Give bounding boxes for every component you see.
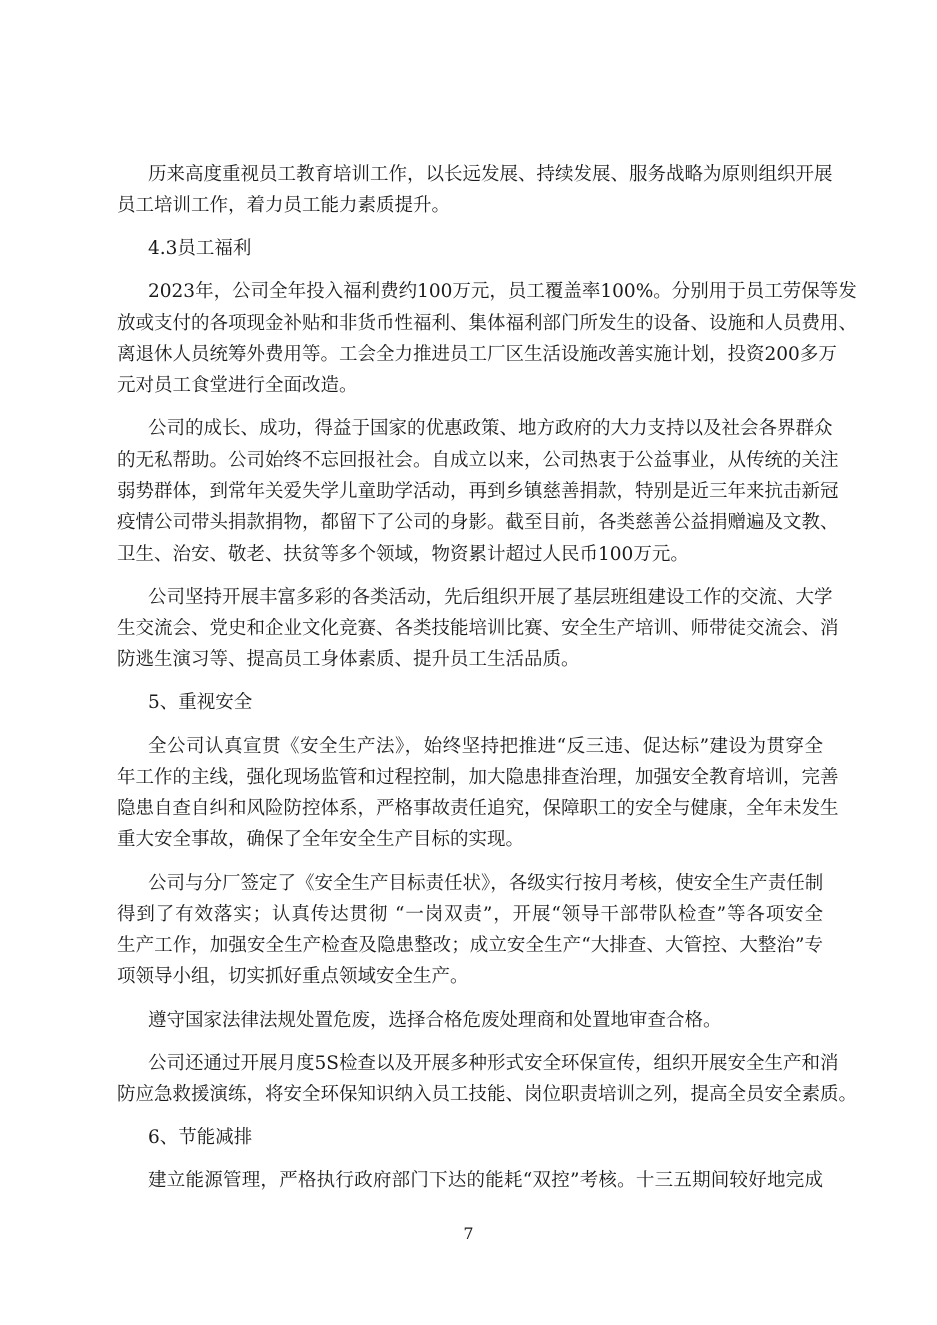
text-line: 公司坚持开展丰富多彩的各类活动，先后组织开展了基层班组建设工作的交流、大学 xyxy=(148,582,823,613)
text-line: 重大安全事故，确保了全年安全生产目标的实现。 xyxy=(117,824,823,855)
text-line: 离退休人员统筹外费用等。工会全力推进员工厂区生活设施改善实施计划，投资200多万 xyxy=(117,339,823,370)
text-line: 元对员工食堂进行全面改造。 xyxy=(117,370,823,401)
text-line: 公司的成长、成功，得益于国家的优惠政策、地方政府的大力支持以及社会各界群众 xyxy=(148,413,823,444)
text-line: 全公司认真宣贯《安全生产法》，始终坚持把推进“反三违、促达标”建设为贯穿全 xyxy=(148,731,823,762)
text-line: 历来高度重视员工教育培训工作，以长远发展、持续发展、服务战略为原则组织开展 xyxy=(148,159,823,190)
heading-text: 6、节能减排 xyxy=(148,1122,823,1153)
page-number: 7 xyxy=(0,1222,937,1246)
paragraph-charity: 公司的成长、成功，得益于国家的优惠政策、地方政府的大力支持以及社会各界群众 的无… xyxy=(117,413,823,569)
text-line: 年工作的主线，强化现场监管和过程控制，加大隐患排查治理，加强安全教育培训，完善 xyxy=(117,762,823,793)
text-line: 公司与分厂签定了《安全生产目标责任状》，各级实行按月考核，使安全生产责任制 xyxy=(148,868,823,899)
heading-text: 5、重视安全 xyxy=(148,687,823,718)
section-heading-safety: 5、重视安全 xyxy=(117,687,823,718)
text-line: 生交流会、党史和企业文化竞赛、各类技能培训比赛、安全生产培训、师带徒交流会、消 xyxy=(117,613,823,644)
text-line: 项领导小组，切实抓好重点领域安全生产。 xyxy=(117,961,823,992)
paragraph-safety-law: 全公司认真宣贯《安全生产法》，始终坚持把推进“反三违、促达标”建设为贯穿全 年工… xyxy=(117,731,823,856)
paragraph-energy-management: 建立能源管理，严格执行政府部门下达的能耗“双控”考核。十三五期间较好地完成 xyxy=(117,1165,823,1196)
text-line: 的无私帮助。公司始终不忘回报社会。自成立以来，公司热衷于公益事业，从传统的关注 xyxy=(117,445,823,476)
section-heading-energy-saving: 6、节能减排 xyxy=(117,1122,823,1153)
paragraph-5s-inspection: 公司还通过开展月度5S检查以及开展多种形式安全环保宣传，组织开展安全生产和消 防… xyxy=(117,1048,823,1111)
text-line: 防逃生演习等、提高员工身体素质、提升员工生活品质。 xyxy=(117,644,823,675)
text-line: 防应急救援演练，将安全环保知识纳入员工技能、岗位职责培训之列，提高全员安全素质。 xyxy=(117,1079,823,1110)
paragraph-activities: 公司坚持开展丰富多彩的各类活动，先后组织开展了基层班组建设工作的交流、大学 生交… xyxy=(117,582,823,676)
paragraph-training: 历来高度重视员工教育培训工作，以长远发展、持续发展、服务战略为原则组织开展 员工… xyxy=(117,159,823,222)
text-line: 得到了有效落实；认真传达贯彻 “一岗双责”，开展“领导干部带队检查”等各项安全 xyxy=(117,899,823,930)
text-line: 建立能源管理，严格执行政府部门下达的能耗“双控”考核。十三五期间较好地完成 xyxy=(148,1165,823,1196)
paragraph-safety-responsibility: 公司与分厂签定了《安全生产目标责任状》，各级实行按月考核，使安全生产责任制 得到… xyxy=(117,868,823,993)
paragraph-welfare: 2023年，公司全年投入福利费约100万元，员工覆盖率100%。分别用于员工劳保… xyxy=(117,276,823,401)
text-line: 隐患自查自纠和风险防控体系，严格事故责任追究，保障职工的安全与健康，全年未发生 xyxy=(117,793,823,824)
text-line: 遵守国家法律法规处置危废，选择合格危废处理商和处置地审查合格。 xyxy=(148,1005,823,1036)
text-line: 卫生、治安、敬老、扶贫等多个领域，物资累计超过人民币100万元。 xyxy=(117,539,823,570)
text-line: 疫情公司带头捐款捐物，都留下了公司的身影。截至目前，各类慈善公益捐赠遍及文教、 xyxy=(117,507,823,538)
text-line: 2023年，公司全年投入福利费约100万元，员工覆盖率100%。分别用于员工劳保… xyxy=(148,276,823,307)
text-line: 生产工作，加强安全生产检查及隐患整改；成立安全生产“大排查、大管控、大整治”专 xyxy=(117,930,823,961)
heading-text: 4.3员工福利 xyxy=(148,233,823,264)
text-line: 弱势群体，到常年关爱失学儿童助学活动，再到乡镇慈善捐款，特别是近三年来抗击新冠 xyxy=(117,476,823,507)
text-line: 员工培训工作，着力员工能力素质提升。 xyxy=(117,190,823,221)
section-heading-employee-welfare: 4.3员工福利 xyxy=(117,233,823,264)
document-page: 历来高度重视员工教育培训工作，以长远发展、持续发展、服务战略为原则组织开展 员工… xyxy=(117,159,823,1208)
text-line: 放或支付的各项现金补贴和非货币性福利、集体福利部门所发生的设备、设施和人员费用、 xyxy=(117,308,823,339)
text-line: 公司还通过开展月度5S检查以及开展多种形式安全环保宣传，组织开展安全生产和消 xyxy=(148,1048,823,1079)
paragraph-hazardous-waste: 遵守国家法律法规处置危废，选择合格危废处理商和处置地审查合格。 xyxy=(117,1005,823,1036)
